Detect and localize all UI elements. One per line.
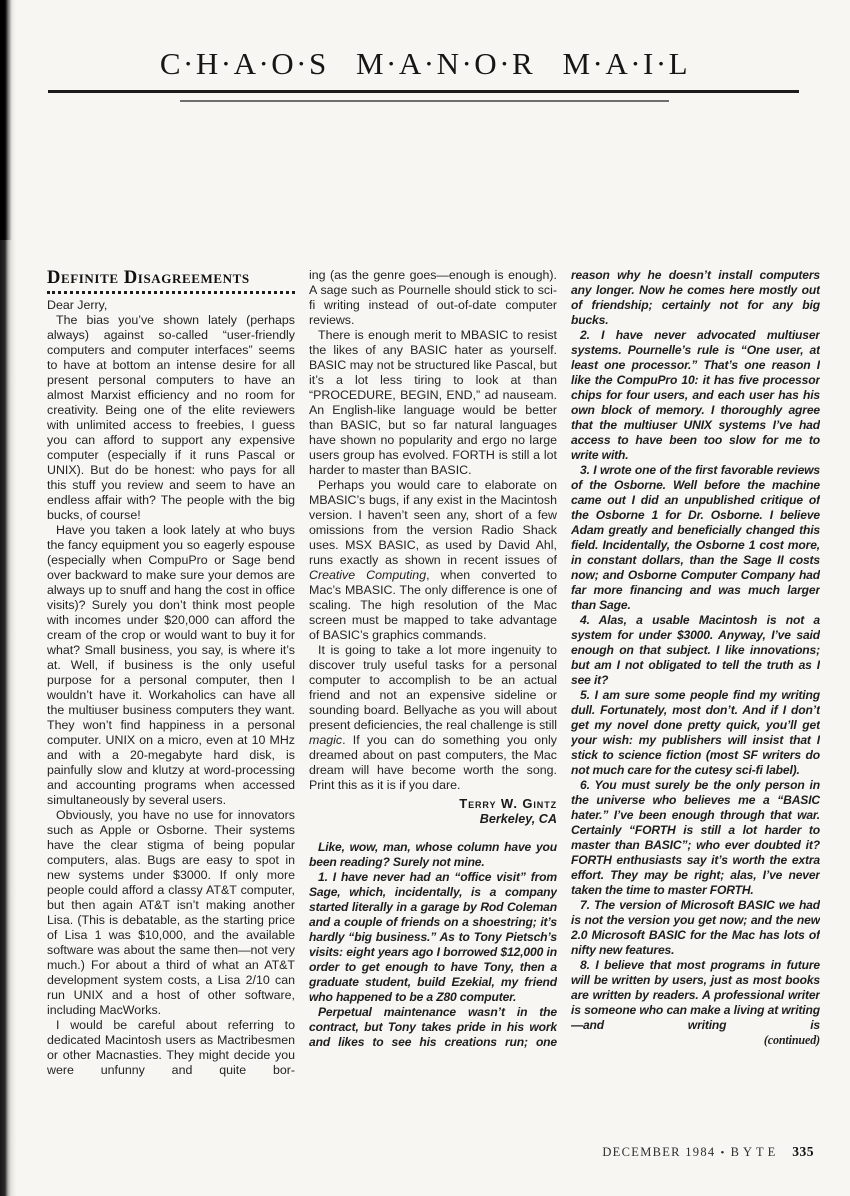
reply-paragraph: 4. Alas, a usable Macintosh is not a sys… (571, 613, 820, 688)
letter-heading: Definite Disagreements (47, 268, 295, 288)
masthead-rule-primary (48, 90, 799, 93)
paragraph-text: Perhaps you would care to elaborate on M… (309, 478, 557, 567)
reply-paragraph: 8. I believe that most programs in futur… (571, 958, 820, 1033)
reply-paragraph: Like, wow, man, whose column have you be… (309, 840, 557, 870)
footer-issue-date: DECEMBER 1984 (602, 1145, 715, 1159)
heading-dotted-rule (47, 291, 295, 294)
letter-paragraph: It is going to take a lot more ingenuity… (309, 643, 557, 793)
emphasized-word: magic (309, 733, 342, 747)
footer-magazine-name: BYTE (731, 1145, 780, 1159)
reply-paragraph-runover: reason why he doesn’t install computers … (571, 268, 820, 328)
masthead-title: C·H·A·O·S M·A·N·O·R M·A·I·L (0, 46, 850, 82)
paragraph-text: . If you can do something you only dream… (309, 733, 557, 792)
reply-paragraph: 5. I am sure some people find my writing… (571, 688, 820, 778)
letter-paragraph: Have you taken a look lately at who buys… (47, 523, 295, 808)
masthead-rule-secondary (180, 100, 669, 102)
column-left: Definite Disagreements Dear Jerry, The b… (47, 268, 295, 1144)
letter-paragraph: There is enough merit to MBASIC to resis… (309, 328, 557, 478)
page-gutter-shadow-top (0, 0, 12, 240)
paragraph-text: It is going to take a lot more ingenuity… (309, 643, 557, 732)
column-middle: ing (as the genre goes—enough is enough)… (309, 268, 557, 1144)
reply-paragraph: 7. The version of Microsoft BASIC we had… (571, 898, 820, 958)
reply-paragraph: 3. I wrote one of the first favorable re… (571, 463, 820, 613)
reply-section: Like, wow, man, whose column have you be… (309, 840, 557, 1050)
letter-paragraph-runover: ing (as the genre goes—enough is enough)… (309, 268, 557, 328)
letter-paragraph: I would be careful about referring to de… (47, 1018, 295, 1078)
footer-bullet: • (720, 1147, 725, 1159)
column-right: reason why he doesn’t install computers … (571, 268, 820, 1144)
publication-title: Creative Computing (309, 568, 426, 582)
reply-paragraph: 1. I have never had an “office visit” fr… (309, 870, 557, 1005)
letter-paragraph: Perhaps you would care to elaborate on M… (309, 478, 557, 643)
signature-name: Terry W. Gintz (309, 796, 557, 812)
letter-paragraph: The bias you’ve shown lately (perhaps al… (47, 313, 295, 523)
letter-salutation: Dear Jerry, (47, 298, 295, 313)
reply-paragraph: 6. You must surely be the only person in… (571, 778, 820, 898)
magazine-page: C·H·A·O·S M·A·N·O·R M·A·I·L Definite Dis… (0, 0, 850, 1196)
footer-page-number: 335 (792, 1144, 814, 1159)
signature-location: Berkeley, CA (309, 812, 557, 828)
reply-paragraph: 2. I have never advocated multiuser syst… (571, 328, 820, 463)
continued-note: (continued) (571, 1033, 820, 1048)
page-footer: DECEMBER 1984•BYTE335 (602, 1144, 814, 1160)
reply-paragraph: Perpetual maintenance wasn’t in the cont… (309, 1005, 557, 1050)
letter-paragraph: Obviously, you have no use for innovator… (47, 808, 295, 1018)
signature-block: Terry W. Gintz Berkeley, CA (309, 796, 557, 827)
reply-section-continued: reason why he doesn’t install computers … (571, 268, 820, 1048)
